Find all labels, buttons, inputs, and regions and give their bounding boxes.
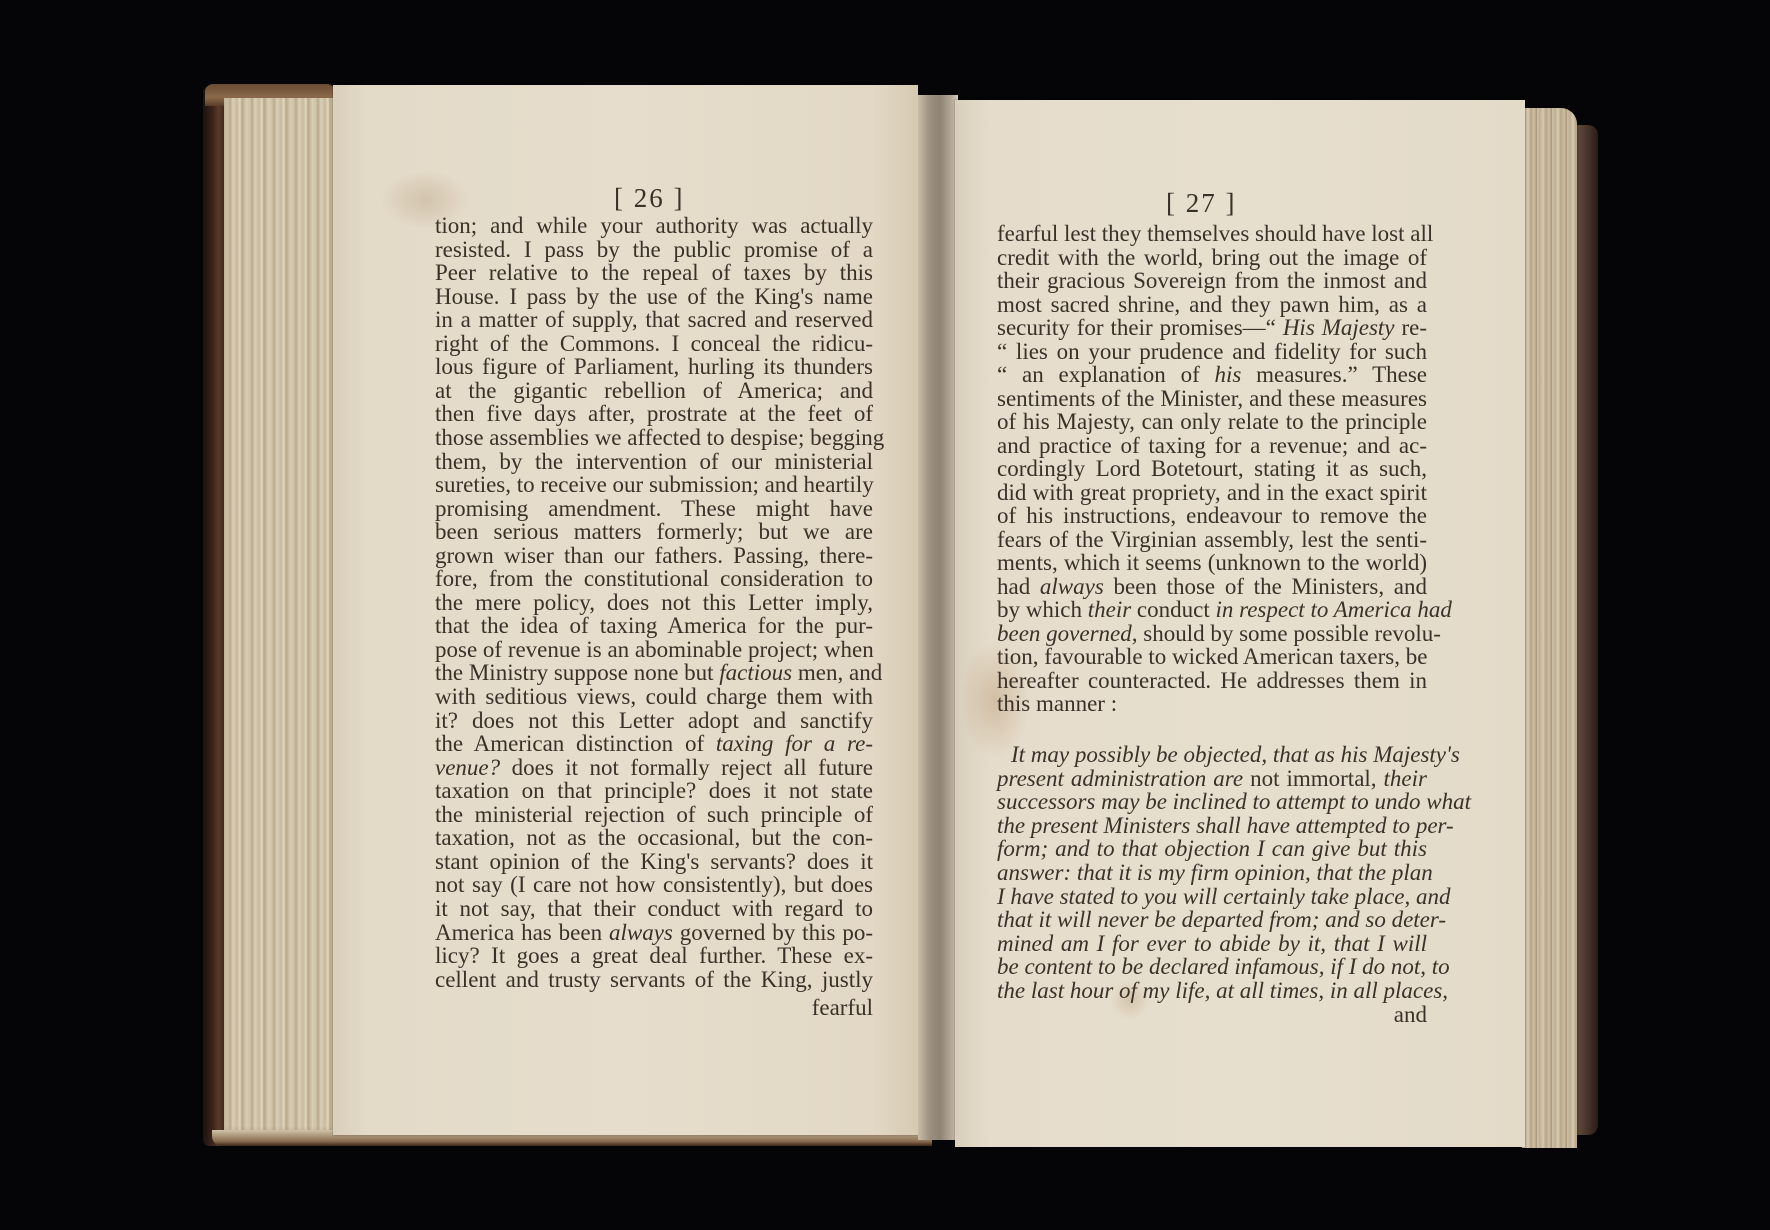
text-line: Peer relative to the repeal of taxes by …	[435, 261, 873, 284]
roman-text: governed by this po-	[673, 920, 873, 945]
text-line: their gracious Sovereign from the inmost…	[997, 269, 1427, 292]
text-line: taxation, not as the occasional, but the…	[435, 826, 873, 849]
text-line: security for their promises—“ His Majest…	[997, 316, 1427, 339]
roman-text: tion, favourable to wicked American taxe…	[997, 644, 1427, 669]
roman-text: men, and	[792, 660, 882, 685]
book-spread: [ 26 ] tion; and while your authority wa…	[0, 0, 1770, 1230]
italic-text: their	[1088, 597, 1131, 622]
text-line: I have stated to you will certainly take…	[997, 885, 1427, 908]
right-page-block-edges	[1522, 108, 1577, 1148]
roman-text: ments, which it seems (unknown to the wo…	[997, 550, 1427, 575]
text-line: of his Majesty, can only relate to the p…	[997, 410, 1427, 433]
roman-text: most sacred shrine, and they pawn him, a…	[997, 292, 1427, 317]
roman-text: hereafter counteracted. He addresses the…	[997, 668, 1427, 693]
text-line: licy? It goes a great deal further. Thes…	[435, 944, 873, 967]
roman-text: tion; and while your authority was actua…	[435, 213, 873, 238]
text-line: in a matter of supply, that sacred and r…	[435, 308, 873, 331]
italic-text: I have stated to you will certainly take…	[997, 884, 1451, 909]
roman-text: fears of the Virginian assembly, lest th…	[997, 527, 1427, 552]
roman-text: in a matter of supply, that sacred and r…	[435, 307, 873, 332]
roman-text: it not say, that their conduct with rega…	[435, 896, 873, 921]
text-line: tion, favourable to wicked American taxe…	[997, 645, 1427, 668]
text-line: not say (I care not how consistently), b…	[435, 873, 873, 896]
roman-text: should by some possible revolu-	[1138, 621, 1441, 646]
text-line: the American distinction of taxing for a…	[435, 732, 873, 755]
roman-text: cordingly Lord Botetourt, stating it as …	[997, 456, 1427, 481]
roman-text: promising amendment. These might have	[435, 496, 873, 521]
roman-text: it? does not this Letter adopt and sanct…	[435, 708, 873, 733]
roman-text: taxation, not as the occasional, but the…	[435, 825, 873, 850]
text-line: fore, from the constitutional considerat…	[435, 567, 873, 590]
text-line: most sacred shrine, and they pawn him, a…	[997, 293, 1427, 316]
text-line: ments, which it seems (unknown to the wo…	[997, 551, 1427, 574]
roman-text: credit with the world, bring out the ima…	[997, 245, 1427, 270]
roman-text: the Ministry suppose none but	[435, 660, 719, 685]
catchword-right: and	[997, 1003, 1427, 1026]
italic-text: his	[1215, 362, 1242, 387]
text-line: the mere policy, does not this Letter im…	[435, 591, 873, 614]
italic-text: their	[1384, 766, 1427, 791]
roman-text: re-	[1395, 315, 1427, 340]
roman-text: security for their promises—“	[997, 315, 1283, 340]
italic-text: taxing for a re-	[716, 731, 873, 756]
italic-text: always	[609, 920, 673, 945]
text-line: did with great propriety, and in the exa…	[997, 481, 1427, 504]
roman-text: “ lies on your prudence and fidelity for…	[997, 339, 1427, 364]
italic-text: It may possibly be objected, that as his…	[1011, 742, 1460, 767]
roman-text: that the idea of taxing America for the …	[435, 613, 873, 638]
roman-text: by which	[997, 597, 1088, 622]
text-line: sentiments of the Minister, and these me…	[997, 387, 1427, 410]
text-line: stant opinion of the King's servants? do…	[435, 850, 873, 873]
italic-text: that it will never be departed from; and…	[997, 907, 1446, 932]
text-line: with seditious views, could charge them …	[435, 685, 873, 708]
text-line: it not say, that their conduct with rega…	[435, 897, 873, 920]
roman-text: been those of the Ministers, and	[1104, 574, 1427, 599]
gutter-shadow	[918, 95, 958, 1140]
page-number-right: [ 27 ]	[1166, 188, 1236, 219]
roman-text: been serious matters formerly; but we ar…	[435, 519, 873, 544]
italic-text: answer: that it is my firm opinion, that…	[997, 860, 1433, 885]
roman-text: does it not formally reject all future	[500, 755, 873, 780]
roman-text: grown wiser than our fathers. Passing, t…	[435, 543, 873, 568]
text-line: this manner :	[997, 692, 1427, 715]
roman-text: then five days after, prostrate at the f…	[435, 401, 873, 426]
italic-text: be content to be declared infamous, if I…	[997, 954, 1450, 979]
text-line: House. I pass by the use of the King's n…	[435, 285, 873, 308]
roman-text: House. I pass by the use of the King's n…	[435, 284, 873, 309]
text-line: lous figure of Parliament, hurling its t…	[435, 355, 873, 378]
roman-text: their gracious Sovereign from the inmost…	[997, 268, 1427, 293]
roman-text: taxation on that principle? does it not …	[435, 778, 873, 803]
text-line: cellent and trusty servants of the King,…	[435, 968, 873, 991]
text-line: been serious matters formerly; but we ar…	[435, 520, 873, 543]
text-line: and practice of taxing for a revenue; an…	[997, 434, 1427, 457]
roman-text: conduct	[1131, 597, 1215, 622]
italic-text: been governed,	[997, 621, 1138, 646]
roman-text: stant opinion of the King's servants? do…	[435, 849, 873, 874]
text-line: by which their conduct in respect to Ame…	[997, 598, 1427, 621]
text-line: that it will never be departed from; and…	[997, 908, 1427, 931]
roman-text: not immortal,	[1243, 766, 1383, 791]
text-line: pose of revenue is an abominable project…	[435, 638, 873, 661]
roman-text: the ministerial rejection of such princi…	[435, 802, 873, 827]
text-line: mined am I for ever to abide by it, that…	[997, 932, 1427, 955]
text-line: grown wiser than our fathers. Passing, t…	[435, 544, 873, 567]
text-line: been governed, should by some possible r…	[997, 622, 1427, 645]
page-number-left: [ 26 ]	[614, 183, 684, 214]
roman-text: and practice of taxing for a revenue; an…	[997, 433, 1427, 458]
roman-text: at the gigantic rebellion of America; an…	[435, 378, 873, 403]
roman-text: lous figure of Parliament, hurling its t…	[435, 354, 873, 379]
text-line: the last hour of my life, at all times, …	[997, 979, 1427, 1002]
text-line: “ an explanation of his measures.” These	[997, 363, 1427, 386]
text-line: venue? does it not formally reject all f…	[435, 756, 873, 779]
left-page-block-edges	[224, 98, 336, 1138]
text-line: had always been those of the Ministers, …	[997, 575, 1427, 598]
roman-text: right of the Commons. I conceal the ridi…	[435, 331, 873, 356]
roman-text: this manner :	[997, 691, 1117, 716]
roman-text: pose of revenue is an abominable project…	[435, 637, 874, 662]
roman-text: did with great propriety, and in the exa…	[997, 480, 1427, 505]
catchword-left: fearful	[435, 996, 873, 1019]
text-line: tion; and while your authority was actua…	[435, 214, 873, 237]
roman-text: “ an explanation of	[997, 362, 1215, 387]
italic-text: successors may be inclined to attempt to…	[997, 789, 1471, 814]
text-line: those assemblies we affected to despise;…	[435, 426, 873, 449]
italic-text: always	[1040, 574, 1104, 599]
roman-text: had	[997, 574, 1040, 599]
text-line: the ministerial rejection of such princi…	[435, 803, 873, 826]
italic-text: His Majesty	[1283, 315, 1395, 340]
text-line: successors may be inclined to attempt to…	[997, 790, 1427, 813]
text-line: promising amendment. These might have	[435, 497, 873, 520]
roman-text: not say (I care not how consistently), b…	[435, 872, 873, 897]
roman-text: them, by the intervention of our ministe…	[435, 449, 873, 474]
text-line: the Ministry suppose none but factious m…	[435, 661, 873, 684]
text-line: “ lies on your prudence and fidelity for…	[997, 340, 1427, 363]
text-line: it? does not this Letter adopt and sanct…	[435, 709, 873, 732]
roman-text: of his instructions, endeavour to remove…	[997, 503, 1427, 528]
text-line: credit with the world, bring out the ima…	[997, 246, 1427, 269]
text-line: taxation on that principle? does it not …	[435, 779, 873, 802]
roman-text: fore, from the constitutional considerat…	[435, 566, 873, 591]
roman-text: sentiments of the Minister, and these me…	[997, 386, 1427, 411]
italic-text: present administration are	[997, 766, 1243, 791]
text-line: of his instructions, endeavour to remove…	[997, 504, 1427, 527]
text-line: It may possibly be objected, that as his…	[997, 743, 1427, 766]
italic-text: in respect to America had	[1215, 597, 1451, 622]
text-line: hereafter counteracted. He addresses the…	[997, 669, 1427, 692]
roman-text: sureties, to receive our submission; and…	[435, 472, 874, 497]
text-line: resisted. I pass by the public promise o…	[435, 238, 873, 261]
roman-text: the American distinction of	[435, 731, 716, 756]
italic-text: factious	[719, 660, 792, 685]
roman-text: cellent and trusty servants of the King,…	[435, 967, 873, 992]
roman-text: Peer relative to the repeal of taxes by …	[435, 260, 873, 285]
italic-text: mined am I for ever to abide by it, that…	[997, 931, 1427, 956]
text-line: that the idea of taxing America for the …	[435, 614, 873, 637]
text-line: present administration are not immortal,…	[997, 767, 1427, 790]
roman-text: America has been	[435, 920, 609, 945]
text-line: cordingly Lord Botetourt, stating it as …	[997, 457, 1427, 480]
roman-text: measures.” These	[1241, 362, 1427, 387]
italic-text: form; and to that objection I can give b…	[997, 836, 1427, 861]
roman-text: the mere policy, does not this Letter im…	[435, 590, 873, 615]
text-line: then five days after, prostrate at the f…	[435, 402, 873, 425]
italic-text: venue?	[435, 755, 500, 780]
text-line: right of the Commons. I conceal the ridi…	[435, 332, 873, 355]
text-line: answer: that it is my firm opinion, that…	[997, 861, 1427, 884]
text-line: fearful lest they themselves should have…	[997, 222, 1427, 245]
text-line: the present Ministers shall have attempt…	[997, 814, 1427, 837]
roman-text: of his Majesty, can only relate to the p…	[997, 409, 1427, 434]
roman-text: fearful lest they themselves should have…	[997, 221, 1433, 246]
text-line: them, by the intervention of our ministe…	[435, 450, 873, 473]
roman-text: licy? It goes a great deal further. Thes…	[435, 943, 873, 968]
text-line: sureties, to receive our submission; and…	[435, 473, 873, 496]
italic-text: the last hour of my life, at all times, …	[997, 978, 1448, 1003]
roman-text: resisted. I pass by the public promise o…	[435, 237, 873, 262]
text-line: be content to be declared infamous, if I…	[997, 955, 1427, 978]
text-line: America has been always governed by this…	[435, 921, 873, 944]
text-line: form; and to that objection I can give b…	[997, 837, 1427, 860]
roman-text: those assemblies we affected to despise;…	[435, 425, 884, 450]
text-line: fears of the Virginian assembly, lest th…	[997, 528, 1427, 551]
text-line: at the gigantic rebellion of America; an…	[435, 379, 873, 402]
italic-text: the present Ministers shall have attempt…	[997, 813, 1454, 838]
roman-text: with seditious views, could charge them …	[435, 684, 873, 709]
